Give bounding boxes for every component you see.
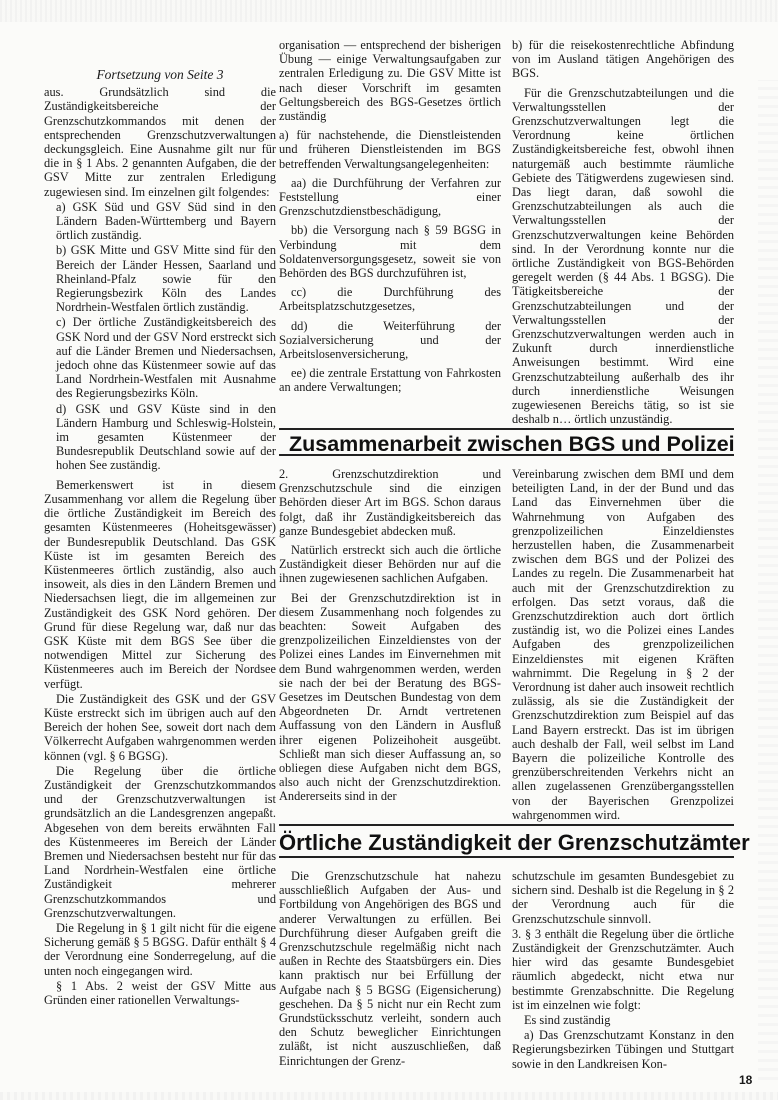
scan-edge-bottom [0, 1092, 778, 1100]
article-column-1: Fortsetzung von Seite 3 aus. Grundsätzli… [44, 68, 276, 1008]
article-column-2: organisation — entsprechend der bisherig… [279, 38, 501, 400]
list-item: cc) die Durchführung des Arbeitsplatzsch… [279, 285, 501, 313]
list-item: d) GSK und GSV Küste sind in den Ländern… [44, 402, 276, 473]
scan-edge-right [758, 80, 778, 1080]
paragraph: organisation — entsprechend der bisherig… [279, 38, 501, 123]
paragraph: aus. Grundsätzlich sind die Zuständigkei… [44, 85, 276, 199]
paragraph: Bei der Grenzschutzdirektion ist in dies… [279, 591, 501, 804]
paragraph: 2. Grenzschutzdirektion und Grenzschutzs… [279, 467, 501, 538]
continuation-note: Fortsetzung von Seite 3 [44, 68, 276, 82]
scan-edge-top [0, 0, 778, 22]
list-item: a) für nachstehende, die Dienstleistende… [279, 128, 501, 171]
section1-right-column: Vereinbarung zwischen dem BMI und dem be… [512, 467, 734, 827]
list-item: ee) die zentrale Erstattung von Fahrkost… [279, 366, 501, 394]
paragraph: Die Grenzschutzschule hat nahezu ausschl… [279, 869, 501, 1068]
paragraph: 3. § 3 enthält die Regelung über die ört… [512, 927, 734, 1012]
paragraph: Die Regelung über die örtliche Zuständig… [44, 764, 276, 920]
section1-left-column: 2. Grenzschutzdirektion und Grenzschutzs… [279, 467, 501, 809]
paragraph: Bemerkenswert ist in diesem Zusammenhang… [44, 478, 276, 691]
paragraph: Es sind zuständig [512, 1013, 734, 1027]
list-item: aa) die Durchführung der Verfahren zur F… [279, 176, 501, 219]
section-heading-local-jurisdiction: Örtliche Zuständigkeit der Grenzschutzäm… [279, 824, 734, 858]
paragraph: Die Regelung in § 1 gilt nicht für die e… [44, 921, 276, 978]
list-item: b) GSK Mitte und GSV Mitte sind für den … [44, 243, 276, 314]
list-item: bb) die Versorgung nach § 59 BGSG in Ver… [279, 223, 501, 280]
section-heading-cooperation: Zusammenarbeit zwischen BGS und Polizei [279, 428, 734, 456]
paragraph: Die Zuständigkeit des GSK und der GSV Kü… [44, 692, 276, 763]
list-item: c) Der örtliche Zuständigkeitsbereich de… [44, 315, 276, 400]
article-column-3: b) für die reisekostenrechtliche Abfindu… [512, 38, 734, 431]
paragraph: schutzschule im gesamten Bundesgebiet zu… [512, 869, 734, 926]
page-number: 18 [739, 1073, 752, 1087]
list-item: a) GSK Süd und GSV Süd sind in den Lände… [44, 200, 276, 243]
list-item: dd) die Weiterführung der Sozialversiche… [279, 319, 501, 362]
paragraph: Vereinbarung zwischen dem BMI und dem be… [512, 467, 734, 822]
section2-right-column: schutzschule im gesamten Bundesgebiet zu… [512, 869, 734, 1072]
section2-left-column: Die Grenzschutzschule hat nahezu ausschl… [279, 869, 501, 1073]
paragraph: Natürlich erstreckt sich auch die örtlic… [279, 543, 501, 586]
list-item: b) für die reisekostenrechtliche Abfindu… [512, 38, 734, 81]
paragraph: Für die Grenzschutzabteilungen und die V… [512, 86, 734, 427]
list-item: a) Das Grenzschutzamt Konstanz in den Re… [512, 1028, 734, 1071]
paragraph: § 1 Abs. 2 weist der GSV Mitte aus Gründ… [44, 979, 276, 1007]
